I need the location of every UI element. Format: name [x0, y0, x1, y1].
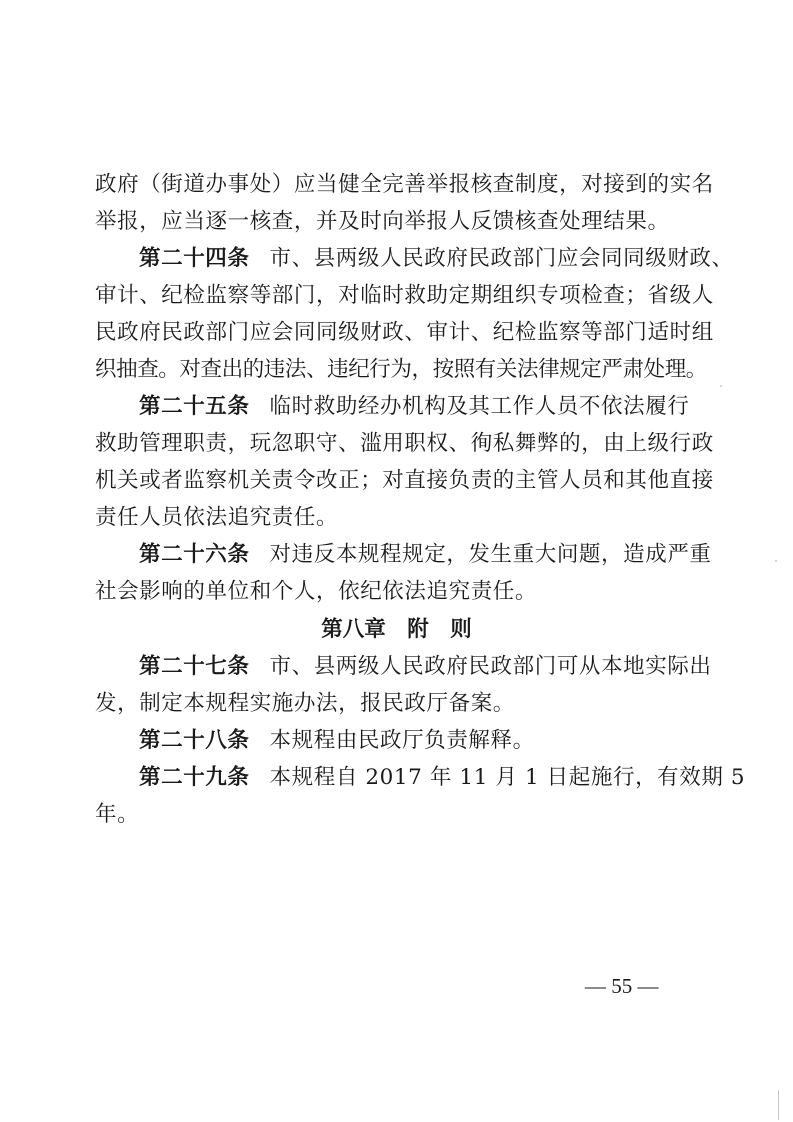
article-24-text: 市、县两级人民政府民政部门应会同同级财政、	[270, 246, 734, 271]
article-27-text: 市、县两级人民政府民政部门可从本地实际出	[270, 654, 712, 679]
article-28-label: 第二十八条	[139, 728, 250, 753]
paragraph-line: 年。	[95, 800, 699, 830]
paragraph-line: 责任人员依法追究责任。	[95, 503, 699, 533]
paragraph-line: 民政府民政部门应会同同级财政、审计、纪检监察等部门适时组	[95, 318, 699, 348]
paragraph-line: 政府（街道办事处）应当健全完善举报核查制度，对接到的实名	[95, 170, 699, 200]
article-26-label: 第二十六条	[139, 542, 250, 567]
paragraph-line: 发，制定本规程实施办法，报民政厅备案。	[95, 689, 699, 719]
paragraph-line: 织抽查。对查出的违法、违纪行为，按照有关法律规定严肃处理。	[95, 355, 699, 385]
paragraph-line: 社会影响的单位和个人，依纪依法追究责任。	[95, 577, 699, 607]
article-29-text: 本规程自 2017 年 11 月 1 日起施行，有效期 5	[270, 765, 746, 790]
article-25-text: 临时救助经办机构及其工作人员不依法履行	[270, 394, 690, 419]
article-26-first-line: 第二十六条对违反本规程规定，发生重大问题，造成严重	[139, 540, 699, 570]
article-25-label: 第二十五条	[139, 394, 250, 419]
scan-edge-mark	[778, 1090, 779, 1120]
paragraph-line: 审计、纪检监察等部门，对临时救助定期组织专项检查；省级人	[95, 281, 699, 311]
page-number: — 55 —	[585, 972, 659, 1000]
scan-speck	[720, 385, 722, 387]
article-28-text: 本规程由民政厅负责解释。	[270, 728, 535, 753]
chapter-heading: 第八章 附 则	[0, 615, 793, 645]
paragraph-line: 救助管理职责，玩忽职守、滥用职权、徇私舞弊的，由上级行政	[95, 429, 699, 459]
paragraph-line: 举报，应当逐一核查，并及时向举报人反馈核查处理结果。	[95, 207, 699, 237]
article-29-label: 第二十九条	[139, 765, 250, 790]
article-25-first-line: 第二十五条临时救助经办机构及其工作人员不依法履行	[139, 392, 699, 422]
document-page: 政府（街道办事处）应当健全完善举报核查制度，对接到的实名 举报，应当逐一核查，并…	[0, 0, 793, 1122]
article-29-first-line: 第二十九条本规程自 2017 年 11 月 1 日起施行，有效期 5	[139, 763, 699, 793]
article-28-first-line: 第二十八条本规程由民政厅负责解释。	[139, 726, 699, 756]
article-27-first-line: 第二十七条市、县两级人民政府民政部门可从本地实际出	[139, 652, 699, 682]
paragraph-line: 机关或者监察机关责令改正；对直接负责的主管人员和其他直接	[95, 466, 699, 496]
article-27-label: 第二十七条	[139, 654, 250, 679]
article-26-text: 对违反本规程规定，发生重大问题，造成严重	[270, 542, 712, 567]
scan-speck	[775, 560, 777, 562]
article-24-first-line: 第二十四条市、县两级人民政府民政部门应会同同级财政、	[139, 244, 699, 274]
article-24-label: 第二十四条	[139, 246, 250, 271]
